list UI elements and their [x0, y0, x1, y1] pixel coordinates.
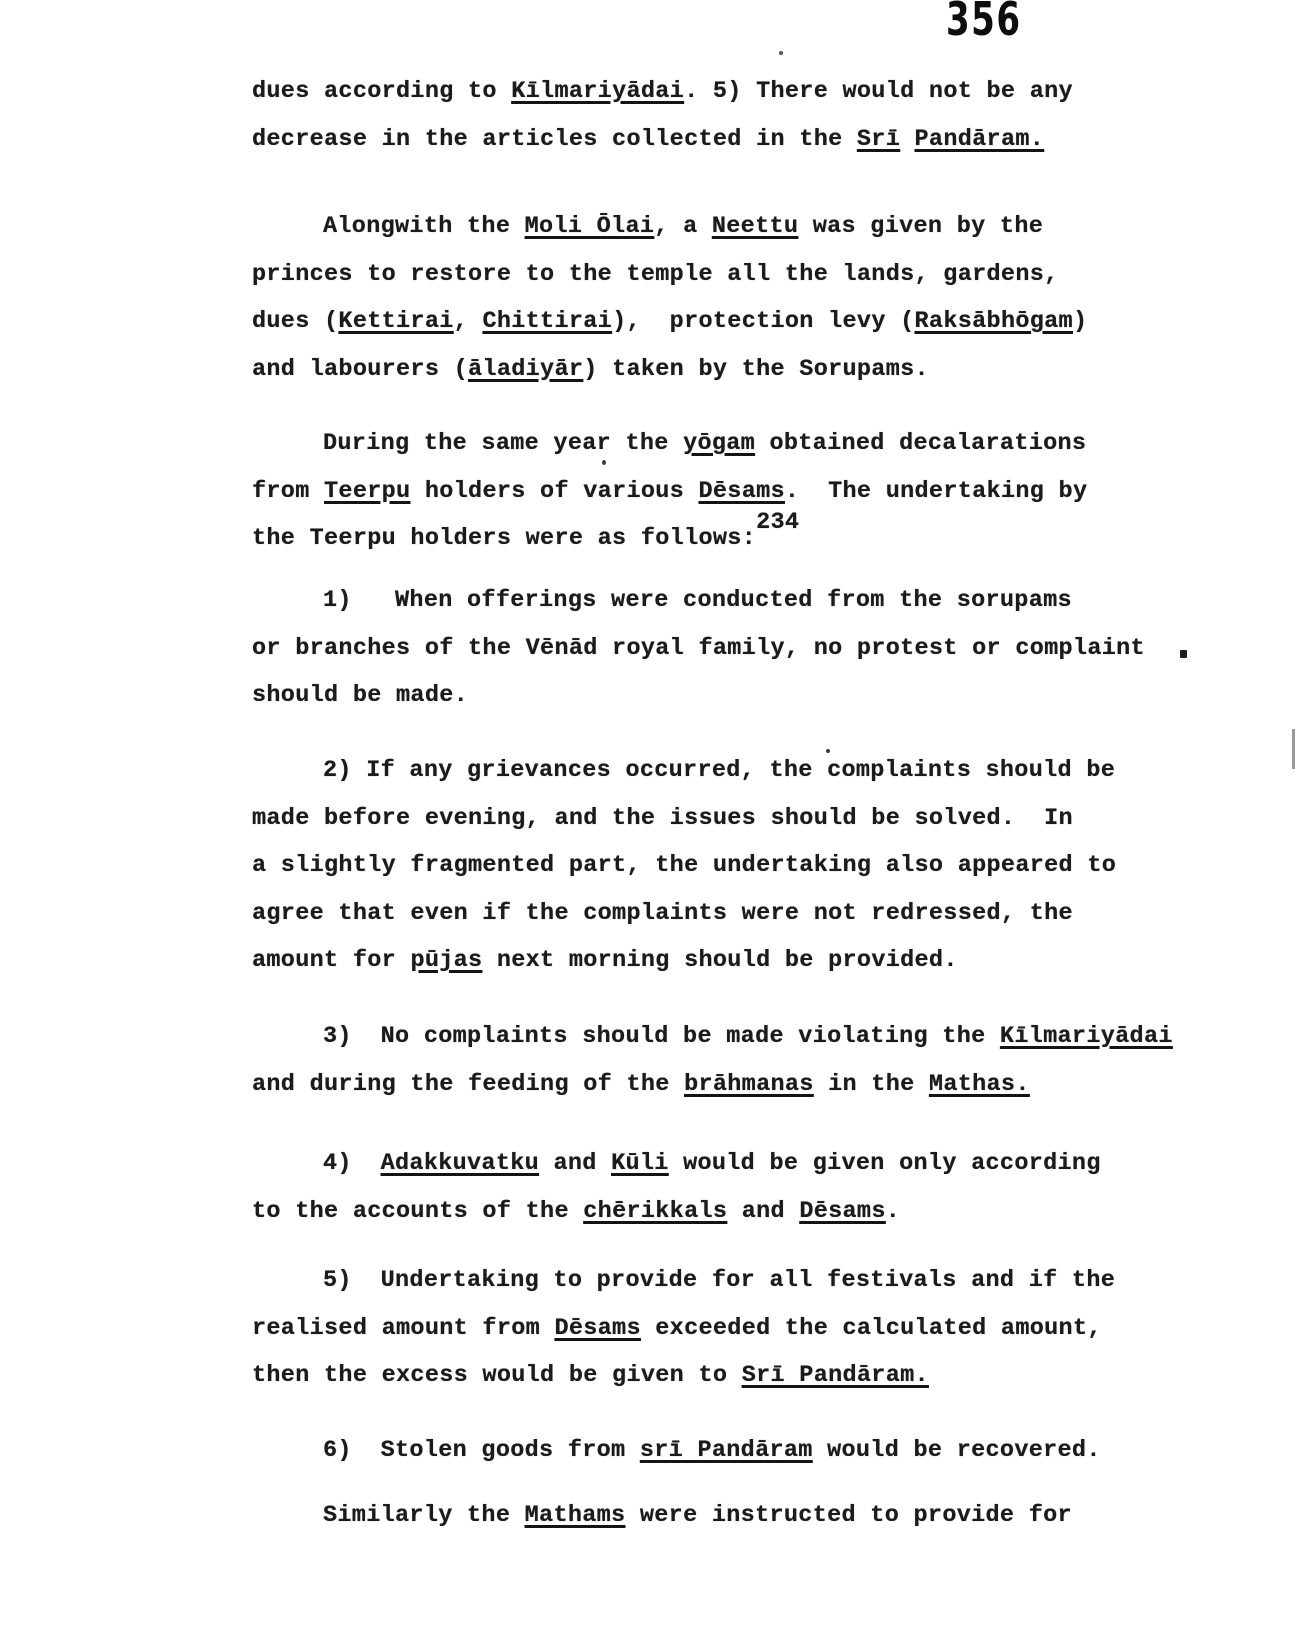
text-line: or branches of the Vēnād royal family, n… [252, 625, 1212, 673]
text-segment: and [727, 1198, 799, 1225]
paragraph: 2) If any grievances occurred, the compl… [252, 747, 1212, 985]
text-segment: a slightly fragmented part, the undertak… [252, 852, 1116, 879]
text-segment: . The undertaking by [785, 478, 1087, 505]
text-segment: from [252, 478, 324, 505]
text-segment: holders of various [410, 478, 698, 505]
underlined-term: Kettirai [338, 308, 453, 335]
text-line: decrease in the articles collected in th… [252, 116, 1212, 164]
text-segment: next morning should be provided. [482, 947, 957, 974]
underlined-term: āladiyār [468, 356, 583, 383]
text-segment: . 5) There would not be any [684, 78, 1073, 105]
paragraph: 3) No complaints should be made violatin… [252, 1013, 1212, 1108]
paragraph: 6) Stolen goods from srī Pandāram would … [252, 1427, 1212, 1475]
underlined-term: Teerpu [324, 478, 410, 505]
underlined-term: Kūli [611, 1150, 669, 1177]
text-line: the Teerpu holders were as follows:234 [252, 515, 1212, 563]
text-segment: should be made. [252, 682, 468, 709]
text-segment: decrease in the articles collected in th… [252, 126, 857, 153]
underlined-term: Moli Ōlai [525, 213, 655, 240]
underlined-term: Chittirai [482, 308, 612, 335]
underlined-term: Kīlmariyādai [1000, 1023, 1173, 1050]
underlined-term: Mathams [525, 1502, 626, 1529]
underlined-term: Pandāram. [915, 126, 1045, 153]
text-segment: 5) Undertaking to provide for all festiv… [323, 1267, 1115, 1294]
underlined-term: srī Pandāram [640, 1437, 813, 1464]
text-segment: exceeded the calculated amount, [641, 1315, 1102, 1342]
text-segment: realised amount from [252, 1315, 554, 1342]
text-line: dues according to Kīlmariyādai. 5) There… [252, 68, 1212, 116]
text-line: and labourers (āladiyār) taken by the So… [252, 346, 1212, 394]
text-segment: then the excess would be given to [252, 1362, 742, 1389]
text-segment: was given by the [798, 213, 1043, 240]
paragraph: 1) When offerings were conducted from th… [252, 577, 1212, 720]
underlined-term: Mathas. [929, 1071, 1030, 1098]
document-body: dues according to Kīlmariyādai. 5) There… [0, 0, 1296, 1632]
footnote-ref-234: 234 [756, 509, 799, 536]
text-line: Alongwith the Moli Ōlai, a Neettu was gi… [252, 203, 1212, 251]
text-line: princes to restore to the temple all the… [252, 251, 1212, 299]
underlined-term: Dēsams [554, 1315, 640, 1342]
text-segment: to the accounts of the [252, 1198, 583, 1225]
text-line: 4) Adakkuvatku and Kūli would be given o… [252, 1140, 1212, 1188]
text-segment: amount for [252, 947, 410, 974]
text-segment: ), protection levy ( [612, 308, 914, 335]
scan-speck [779, 51, 783, 55]
underlined-term: Dēsams [698, 478, 784, 505]
text-segment: , a [654, 213, 712, 240]
text-line: 1) When offerings were conducted from th… [252, 577, 1212, 625]
text-line: amount for pūjas next morning should be … [252, 937, 1212, 985]
paragraph: 5) Undertaking to provide for all festiv… [252, 1257, 1212, 1400]
text-line: and during the feeding of the brāhmanas … [252, 1061, 1212, 1109]
text-line: then the excess would be given to Srī Pa… [252, 1352, 1212, 1400]
scan-mark [1180, 650, 1187, 658]
text-segment: made before evening, and the issues shou… [252, 805, 1073, 832]
paragraph: 4) Adakkuvatku and Kūli would be given o… [252, 1140, 1212, 1235]
text-segment: ) [1073, 308, 1087, 335]
text-line: agree that even if the complaints were n… [252, 890, 1212, 938]
text-line: 3) No complaints should be made violatin… [252, 1013, 1212, 1061]
text-line: 6) Stolen goods from srī Pandāram would … [252, 1427, 1212, 1475]
text-segment: dues according to [252, 78, 511, 105]
text-segment: were instructed to provide for [625, 1502, 1071, 1529]
text-segment: . [886, 1198, 900, 1225]
text-segment: During the same year the [323, 430, 683, 457]
text-line: During the same year the yōgam obtained … [252, 420, 1212, 468]
text-line: 5) Undertaking to provide for all festiv… [252, 1257, 1212, 1305]
text-segment: dues ( [252, 308, 338, 335]
text-segment: obtained decalarations [755, 430, 1086, 457]
text-segment: 1) When offerings were conducted from th… [323, 587, 1072, 614]
text-segment: would be recovered. [813, 1437, 1101, 1464]
text-segment: Similarly the [323, 1502, 525, 1529]
text-segment: the Teerpu holders were as follows: [252, 525, 756, 552]
text-segment: or branches of the Vēnād royal family, n… [252, 635, 1145, 662]
scan-speck [826, 749, 830, 753]
underlined-term: Dēsams [799, 1198, 885, 1225]
text-line: from Teerpu holders of various Dēsams. T… [252, 468, 1212, 516]
text-segment: 4) [323, 1150, 381, 1177]
text-segment: and during the feeding of the [252, 1071, 684, 1098]
text-segment: 2) If any grievances occurred, the compl… [323, 757, 1115, 784]
underlined-term: Neettu [712, 213, 798, 240]
paragraph: Alongwith the Moli Ōlai, a Neettu was gi… [252, 203, 1212, 393]
text-line: realised amount from Dēsams exceeded the… [252, 1305, 1212, 1353]
text-line: dues (Kettirai, Chittirai), protection l… [252, 298, 1212, 346]
text-line: Similarly the Mathams were instructed to… [252, 1492, 1212, 1540]
text-line: 2) If any grievances occurred, the compl… [252, 747, 1212, 795]
underlined-term: Adakkuvatku [381, 1150, 539, 1177]
scan-speck [602, 460, 606, 465]
text-segment: ) taken by the Sorupams. [583, 356, 929, 383]
text-segment: in the [814, 1071, 929, 1098]
text-line: made before evening, and the issues shou… [252, 795, 1212, 843]
page-edge-line [1292, 729, 1295, 769]
text-segment: Alongwith the [323, 213, 525, 240]
text-segment: princes to restore to the temple all the… [252, 261, 1059, 288]
document-page: 356 dues according to Kīlmariyādai. 5) T… [0, 0, 1296, 1632]
underlined-term: pūjas [410, 947, 482, 974]
underlined-term: chērikkals [583, 1198, 727, 1225]
underlined-term: Srī [857, 126, 900, 153]
text-segment: and labourers ( [252, 356, 468, 383]
text-segment: agree that even if the complaints were n… [252, 900, 1073, 927]
text-segment [900, 126, 914, 153]
underlined-term: brāhmanas [684, 1071, 814, 1098]
text-segment: would be given only according [669, 1150, 1101, 1177]
paragraph: During the same year the yōgam obtained … [252, 420, 1212, 563]
text-line: a slightly fragmented part, the undertak… [252, 842, 1212, 890]
text-segment: 6) Stolen goods from [323, 1437, 640, 1464]
text-segment: 3) No complaints should be made violatin… [323, 1023, 1000, 1050]
text-line: to the accounts of the chērikkals and Dē… [252, 1188, 1212, 1236]
text-line: should be made. [252, 672, 1212, 720]
paragraph: dues according to Kīlmariyādai. 5) There… [252, 68, 1212, 163]
underlined-term: Raksābhōgam [915, 308, 1073, 335]
underlined-term: Kīlmariyādai [511, 78, 684, 105]
underlined-term: yōgam [683, 430, 755, 457]
paragraph: Similarly the Mathams were instructed to… [252, 1492, 1212, 1540]
text-segment: and [539, 1150, 611, 1177]
underlined-term: Srī Pandāram. [742, 1362, 929, 1389]
text-segment: , [454, 308, 483, 335]
